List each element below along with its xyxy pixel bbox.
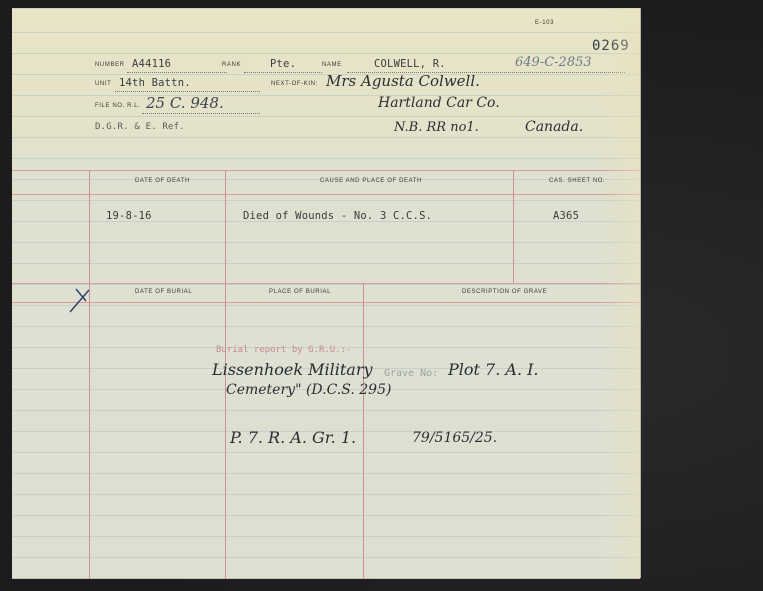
death-section-top-rule [12,170,640,171]
next-of-kin-address-2: N.B. RR no1. [394,120,479,135]
unit-value: 14th Battn. [119,77,191,89]
casualty-record-card: E-103 0269 Number A44116 Rank Pte. Name … [12,8,640,578]
date-of-death-value: 19-8-16 [106,210,152,222]
name-label: Name [322,62,342,68]
grave-no-label: Grave No: [384,368,438,379]
header-description-of-grave: Description of Grave [462,289,547,295]
name-value: COLWELL, R. [374,58,446,70]
next-of-kin-name: Mrs Agusta Colwell. [326,72,480,90]
death-header-bottom-rule [12,194,640,195]
header-date-of-burial: Date of Burial [135,289,192,295]
header-cas-sheet-no: Cas. Sheet No. [549,178,605,184]
number-value: A44116 [132,58,171,70]
number-underline [127,72,227,73]
rank-underline [244,72,322,73]
file-no-value: 25 C. 948. [146,94,224,112]
file-no-underline [142,113,260,114]
number-label: Number [95,62,125,68]
rank-value: Pte. [270,58,296,70]
x-mark-icon [66,286,96,316]
next-of-kin-address-1: Hartland Car Co. [378,95,500,111]
name-annotation: 649-C-2853 [515,55,592,70]
stamped-number: 0269 [592,38,630,54]
dgre-ref-label: D.G.R. & E. Ref. [95,122,185,132]
rank-label: Rank [222,62,241,68]
col-rule-4 [363,283,364,578]
burial-section-top-rule [12,283,640,284]
burial-report-label: Burial report by G.R.U.:- [216,345,351,355]
col-rule-3 [513,170,514,283]
header-place-of-burial: Place of Burial [269,289,331,295]
place-of-burial-line-1: Lissenhoek Military [212,360,373,379]
burial-header-bottom-rule [12,302,640,303]
form-number: E-103 [535,20,554,26]
header-date-of-death: Date of Death [135,178,190,184]
cause-and-place-value: Died of Wounds - No. 3 C.C.S. [243,210,432,222]
place-of-burial-line-2: Cemetery" (D.C.S. 295) [226,382,391,398]
file-no-label: File No. R.L. [95,103,140,109]
grave-reference: P. 7. R. A. Gr. 1. [230,428,356,447]
header-cause-and-place: Cause and Place of Death [320,178,422,184]
reference-note: 79/5165/25. [412,430,497,446]
next-of-kin-label: Next-of-Kin: [271,81,318,87]
col-rule-1 [89,170,90,578]
grave-no-value: Plot 7. A. I. [448,360,539,379]
unit-label: Unit [95,81,111,87]
cas-sheet-no-value: A365 [553,210,579,222]
next-of-kin-country: Canada. [525,119,583,135]
unit-underline [115,91,260,92]
viewer-background: E-103 0269 Number A44116 Rank Pte. Name … [0,0,763,591]
